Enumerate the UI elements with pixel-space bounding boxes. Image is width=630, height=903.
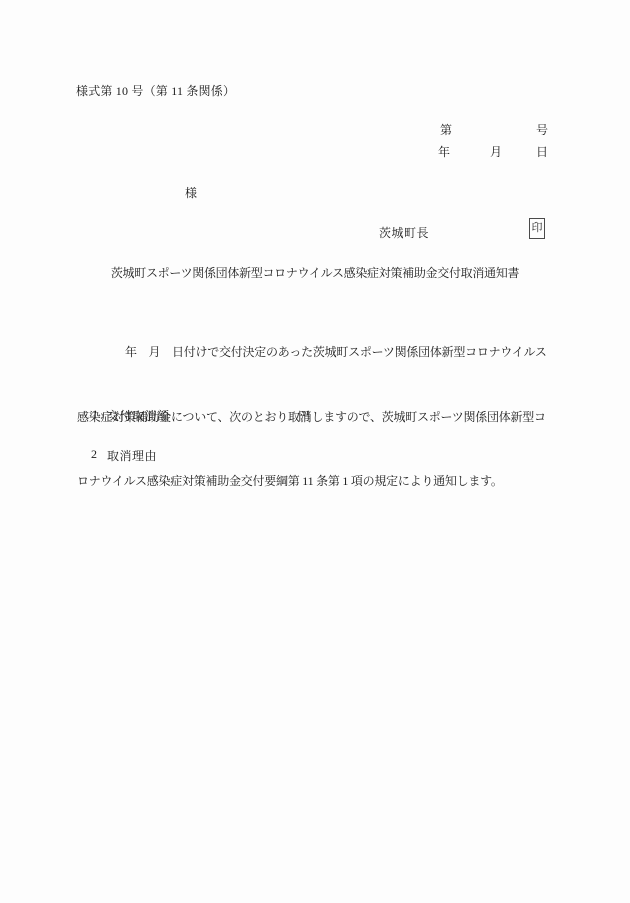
item-1-label: 交付取消額 (107, 407, 170, 424)
doc-number-suffix: 号 (536, 121, 548, 138)
item-2-label: 取消理由 (107, 447, 157, 464)
item-2-number: 2 (91, 447, 97, 462)
document-page: 様式第 10 号（第 11 条関係） 第 号 年 月 日 様 茨城町長 印 茨城… (0, 0, 630, 903)
item-1-unit-yen: 円 (298, 407, 310, 424)
date-day-label: 日 (536, 143, 548, 160)
sender-title: 茨城町長 (379, 224, 429, 241)
addressee-honorific: 様 (185, 184, 197, 201)
seal-placeholder: 印 (529, 218, 545, 239)
body-line: ロナウイルス感染症対策補助金交付要綱第 11 条第 1 項の規定により通知します… (77, 471, 551, 493)
doc-number-prefix: 第 (440, 121, 452, 138)
date-month-label: 月 (490, 143, 502, 160)
form-number: 様式第 10 号（第 11 条関係） (76, 82, 235, 99)
body-line: 年 月 日付けで交付決定のあった茨城町スポーツ関係団体新型コロナウイルス (77, 342, 551, 364)
date-year-label: 年 (438, 143, 450, 160)
item-1-number: 1 (92, 407, 98, 422)
document-title: 茨城町スポーツ関係団体新型コロナウイルス感染症対策補助金交付取消通知書 (0, 264, 630, 281)
